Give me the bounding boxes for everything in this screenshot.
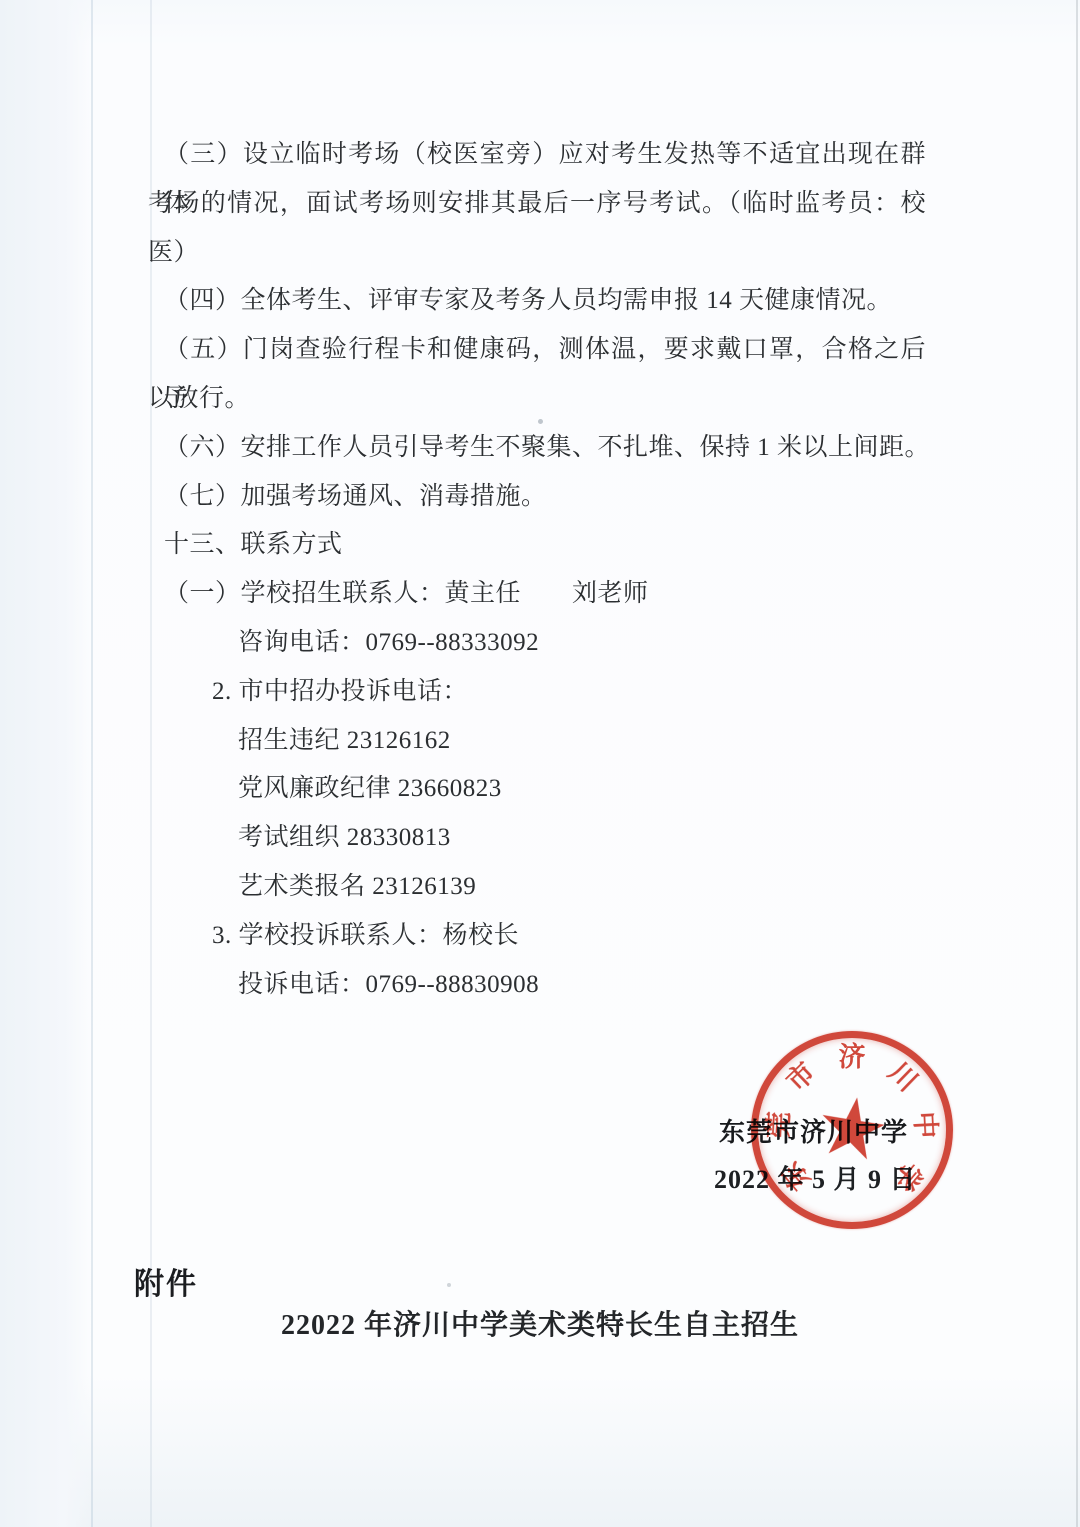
attachment-title-line: 22022 年济川中学美术类特长生自主招生	[0, 1303, 1080, 1343]
seal-char: 济	[838, 1043, 866, 1071]
doc-line: （三）设立临时考场（校医室旁）应对考生发热等不适宜出现在群体	[148, 131, 926, 180]
page: { "doc": { "lines": [ "（三）设立临时考场（校医室旁）应对…	[0, 0, 1080, 1527]
doc-line-phone: 党风廉政纪律 23660823	[148, 765, 926, 814]
doc-line: 医）	[148, 229, 926, 278]
seal-star-icon	[814, 1092, 890, 1168]
doc-line-phone: 投诉电话：0769--88830908	[148, 961, 926, 1010]
scan-artifact-dot	[447, 1283, 451, 1287]
seal-char: 中	[910, 1110, 939, 1139]
doc-line-phone: 考试组织 28330813	[148, 814, 926, 863]
doc-line: （一）学校招生联系人：黄主任 刘老师	[148, 570, 926, 619]
doc-line: （五）门岗查验行程卡和健康码，测体温，要求戴口罩，合格之后予	[148, 326, 926, 375]
seal-char: 莞	[764, 1110, 793, 1139]
doc-line: （六）安排工作人员引导考生不聚集、不扎堆、保持 1 米以上间距。	[148, 424, 926, 473]
doc-line: 以放行。	[148, 375, 926, 424]
document-body: （三）设立临时考场（校医室旁）应对考生发热等不适宜出现在群体 考场的情况，面试考…	[148, 131, 926, 1009]
doc-line: 3. 学校投诉联系人：杨校长	[148, 912, 926, 961]
doc-line: 考场的情况，面试考场则安排其最后一序号考试。（临时监考员：校	[148, 180, 926, 229]
doc-line: （七）加强考场通风、消毒措施。	[148, 473, 926, 522]
doc-line-phone: 艺术类报名 23126139	[148, 863, 926, 912]
scan-crease-line	[91, 0, 93, 1527]
official-seal: 东 莞 市 济 川 中 学	[751, 1031, 953, 1229]
attachment-label: 附件	[134, 1259, 198, 1303]
scanned-document: （三）设立临时考场（校医室旁）应对考生发热等不适宜出现在群体 考场的情况，面试考…	[0, 0, 1080, 1527]
page-left-strip	[0, 0, 92, 1527]
attachment-number: 2	[281, 1310, 296, 1341]
doc-line: 2. 市中招办投诉电话：	[148, 668, 926, 717]
doc-section-heading: 十三、联系方式	[148, 521, 926, 570]
attachment-title: 2022 年济川中学美术类特长生自主招生	[296, 1310, 799, 1341]
doc-line-phone: 招生违纪 23126162	[148, 717, 926, 766]
page-right-edge	[1076, 0, 1078, 1527]
doc-line-phone: 咨询电话：0769--88333092	[148, 619, 926, 668]
doc-line: （四）全体考生、评审专家及考务人员均需申报 14 天健康情况。	[148, 277, 926, 326]
